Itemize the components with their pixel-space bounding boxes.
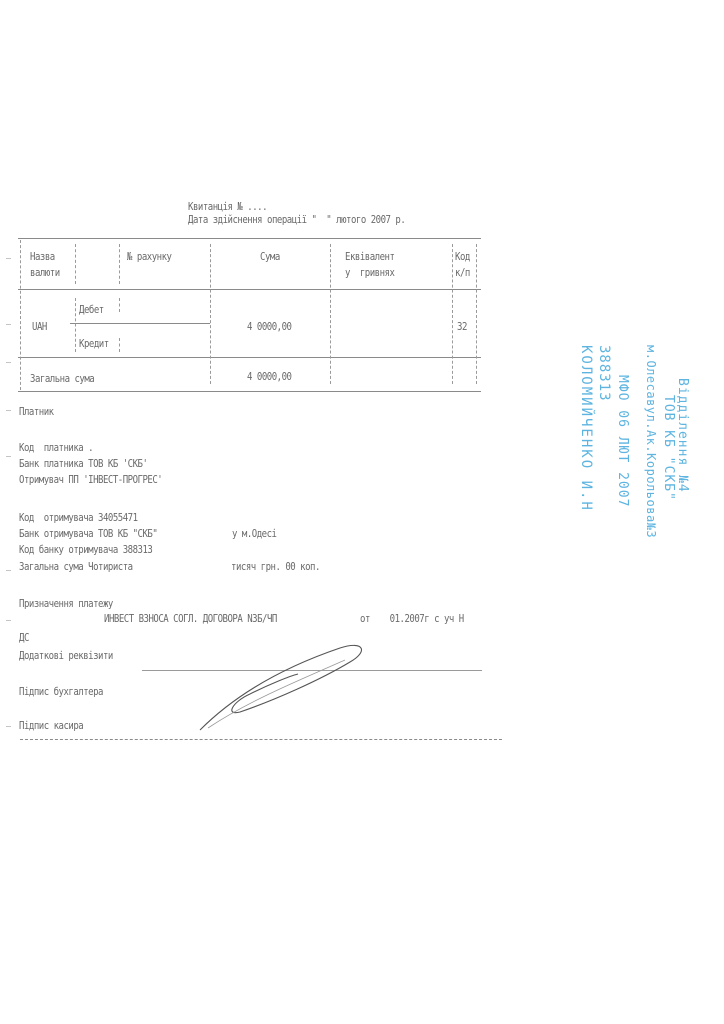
stamp-cashier-name: КОЛОМИЙЧЕНКО И.Н <box>578 345 594 512</box>
stamp-mfo-date: МФО 06 ЛЮТ 2007 <box>615 375 630 507</box>
stamp-branch: Відділення №4 <box>675 378 690 493</box>
stamp-mfo-number: 388313 <box>596 345 612 402</box>
stamp-address: м.Олесавул.Ак.Корольова№3 <box>644 345 658 538</box>
handwritten-signature-icon <box>0 0 724 1024</box>
stamp-bank-name: ТОВ КБ "СКБ" <box>661 395 676 501</box>
